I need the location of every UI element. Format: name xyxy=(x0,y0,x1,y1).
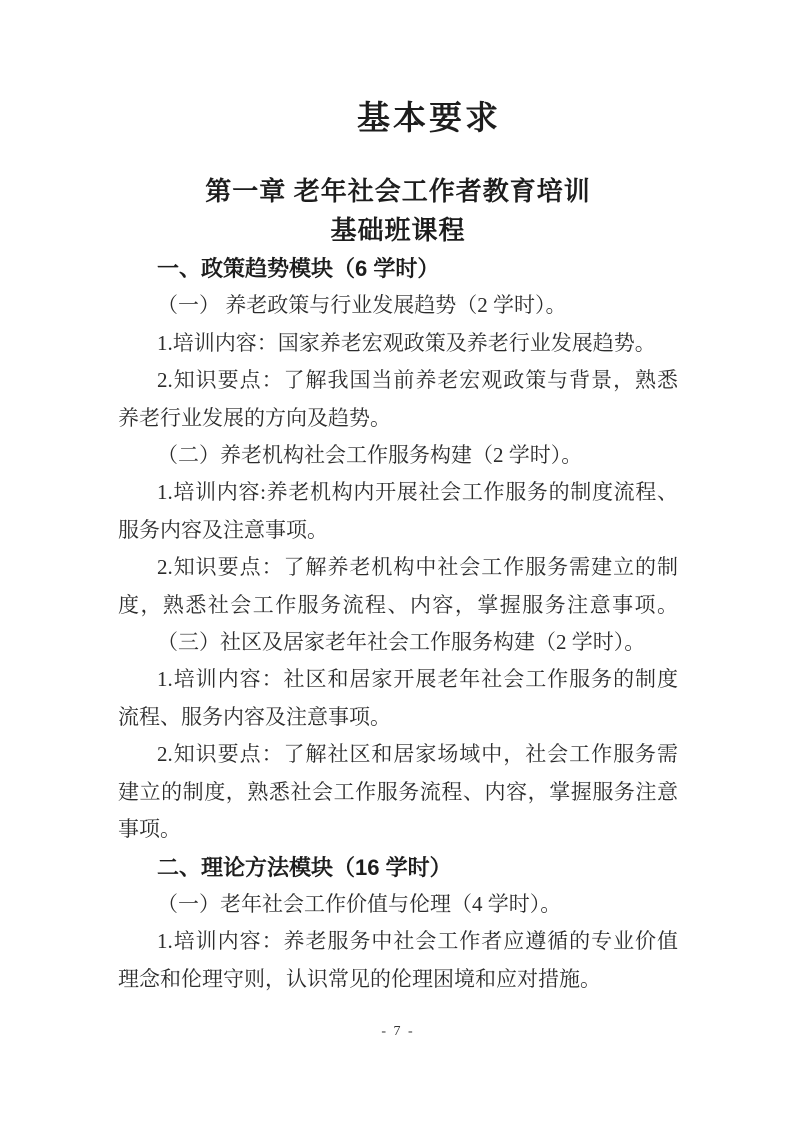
text-line: 1.培训内容：国家养老宏观政策及养老行业发展趋势。 xyxy=(118,325,678,362)
module-heading: 二、理论方法模块（16 学时） xyxy=(118,849,678,886)
text-line: 理念和伦理守则，认识常见的伦理困境和应对措施。 xyxy=(118,961,678,998)
module-heading: 一、政策趋势模块（6 学时） xyxy=(118,250,678,287)
text-line: 1.培训内容:养老机构内开展社会工作服务的制度流程、 xyxy=(118,474,678,511)
text-line: （一）老年社会工作价值与伦理（4 学时）。 xyxy=(118,886,678,923)
text-line: （一） 养老政策与行业发展趋势（2 学时）。 xyxy=(118,287,678,324)
document-page: 基本要求 第一章 老年社会工作者教育培训 基础班课程 一、政策趋势模块（6 学时… xyxy=(0,0,796,1122)
text-line: 流程、服务内容及注意事项。 xyxy=(118,699,678,736)
text-line: 养老行业发展的方向及趋势。 xyxy=(118,400,678,437)
text-line: 2.知识要点：了解我国当前养老宏观政策与背景，熟悉 xyxy=(118,362,678,399)
document-title: 基本要求 xyxy=(0,92,796,139)
text-line: 1.培训内容：养老服务中社会工作者应遵循的专业价值 xyxy=(118,923,678,960)
text-line: （二）养老机构社会工作服务构建（2 学时）。 xyxy=(118,437,678,474)
chapter-heading: 第一章 老年社会工作者教育培训 基础班课程 xyxy=(0,172,796,250)
page-number: - 7 - xyxy=(0,1024,796,1040)
body-text: 一、政策趋势模块（6 学时）（一） 养老政策与行业发展趋势（2 学时）。1.培训… xyxy=(118,250,678,998)
text-line: 度，熟悉社会工作服务流程、内容，掌握服务注意事项。 xyxy=(118,587,678,624)
text-line: 2.知识要点：了解养老机构中社会工作服务需建立的制 xyxy=(118,549,678,586)
chapter-heading-line-2: 基础班课程 xyxy=(0,211,796,250)
text-line: 2.知识要点：了解社区和居家场域中，社会工作服务需 xyxy=(118,736,678,773)
text-line: （三）社区及居家老年社会工作服务构建（2 学时）。 xyxy=(118,624,678,661)
text-line: 服务内容及注意事项。 xyxy=(118,512,678,549)
text-line: 事项。 xyxy=(118,811,678,848)
text-line: 建立的制度，熟悉社会工作服务流程、内容，掌握服务注意 xyxy=(118,774,678,811)
chapter-heading-line-1: 第一章 老年社会工作者教育培训 xyxy=(0,172,796,211)
text-line: 1.培训内容：社区和居家开展老年社会工作服务的制度 xyxy=(118,661,678,698)
